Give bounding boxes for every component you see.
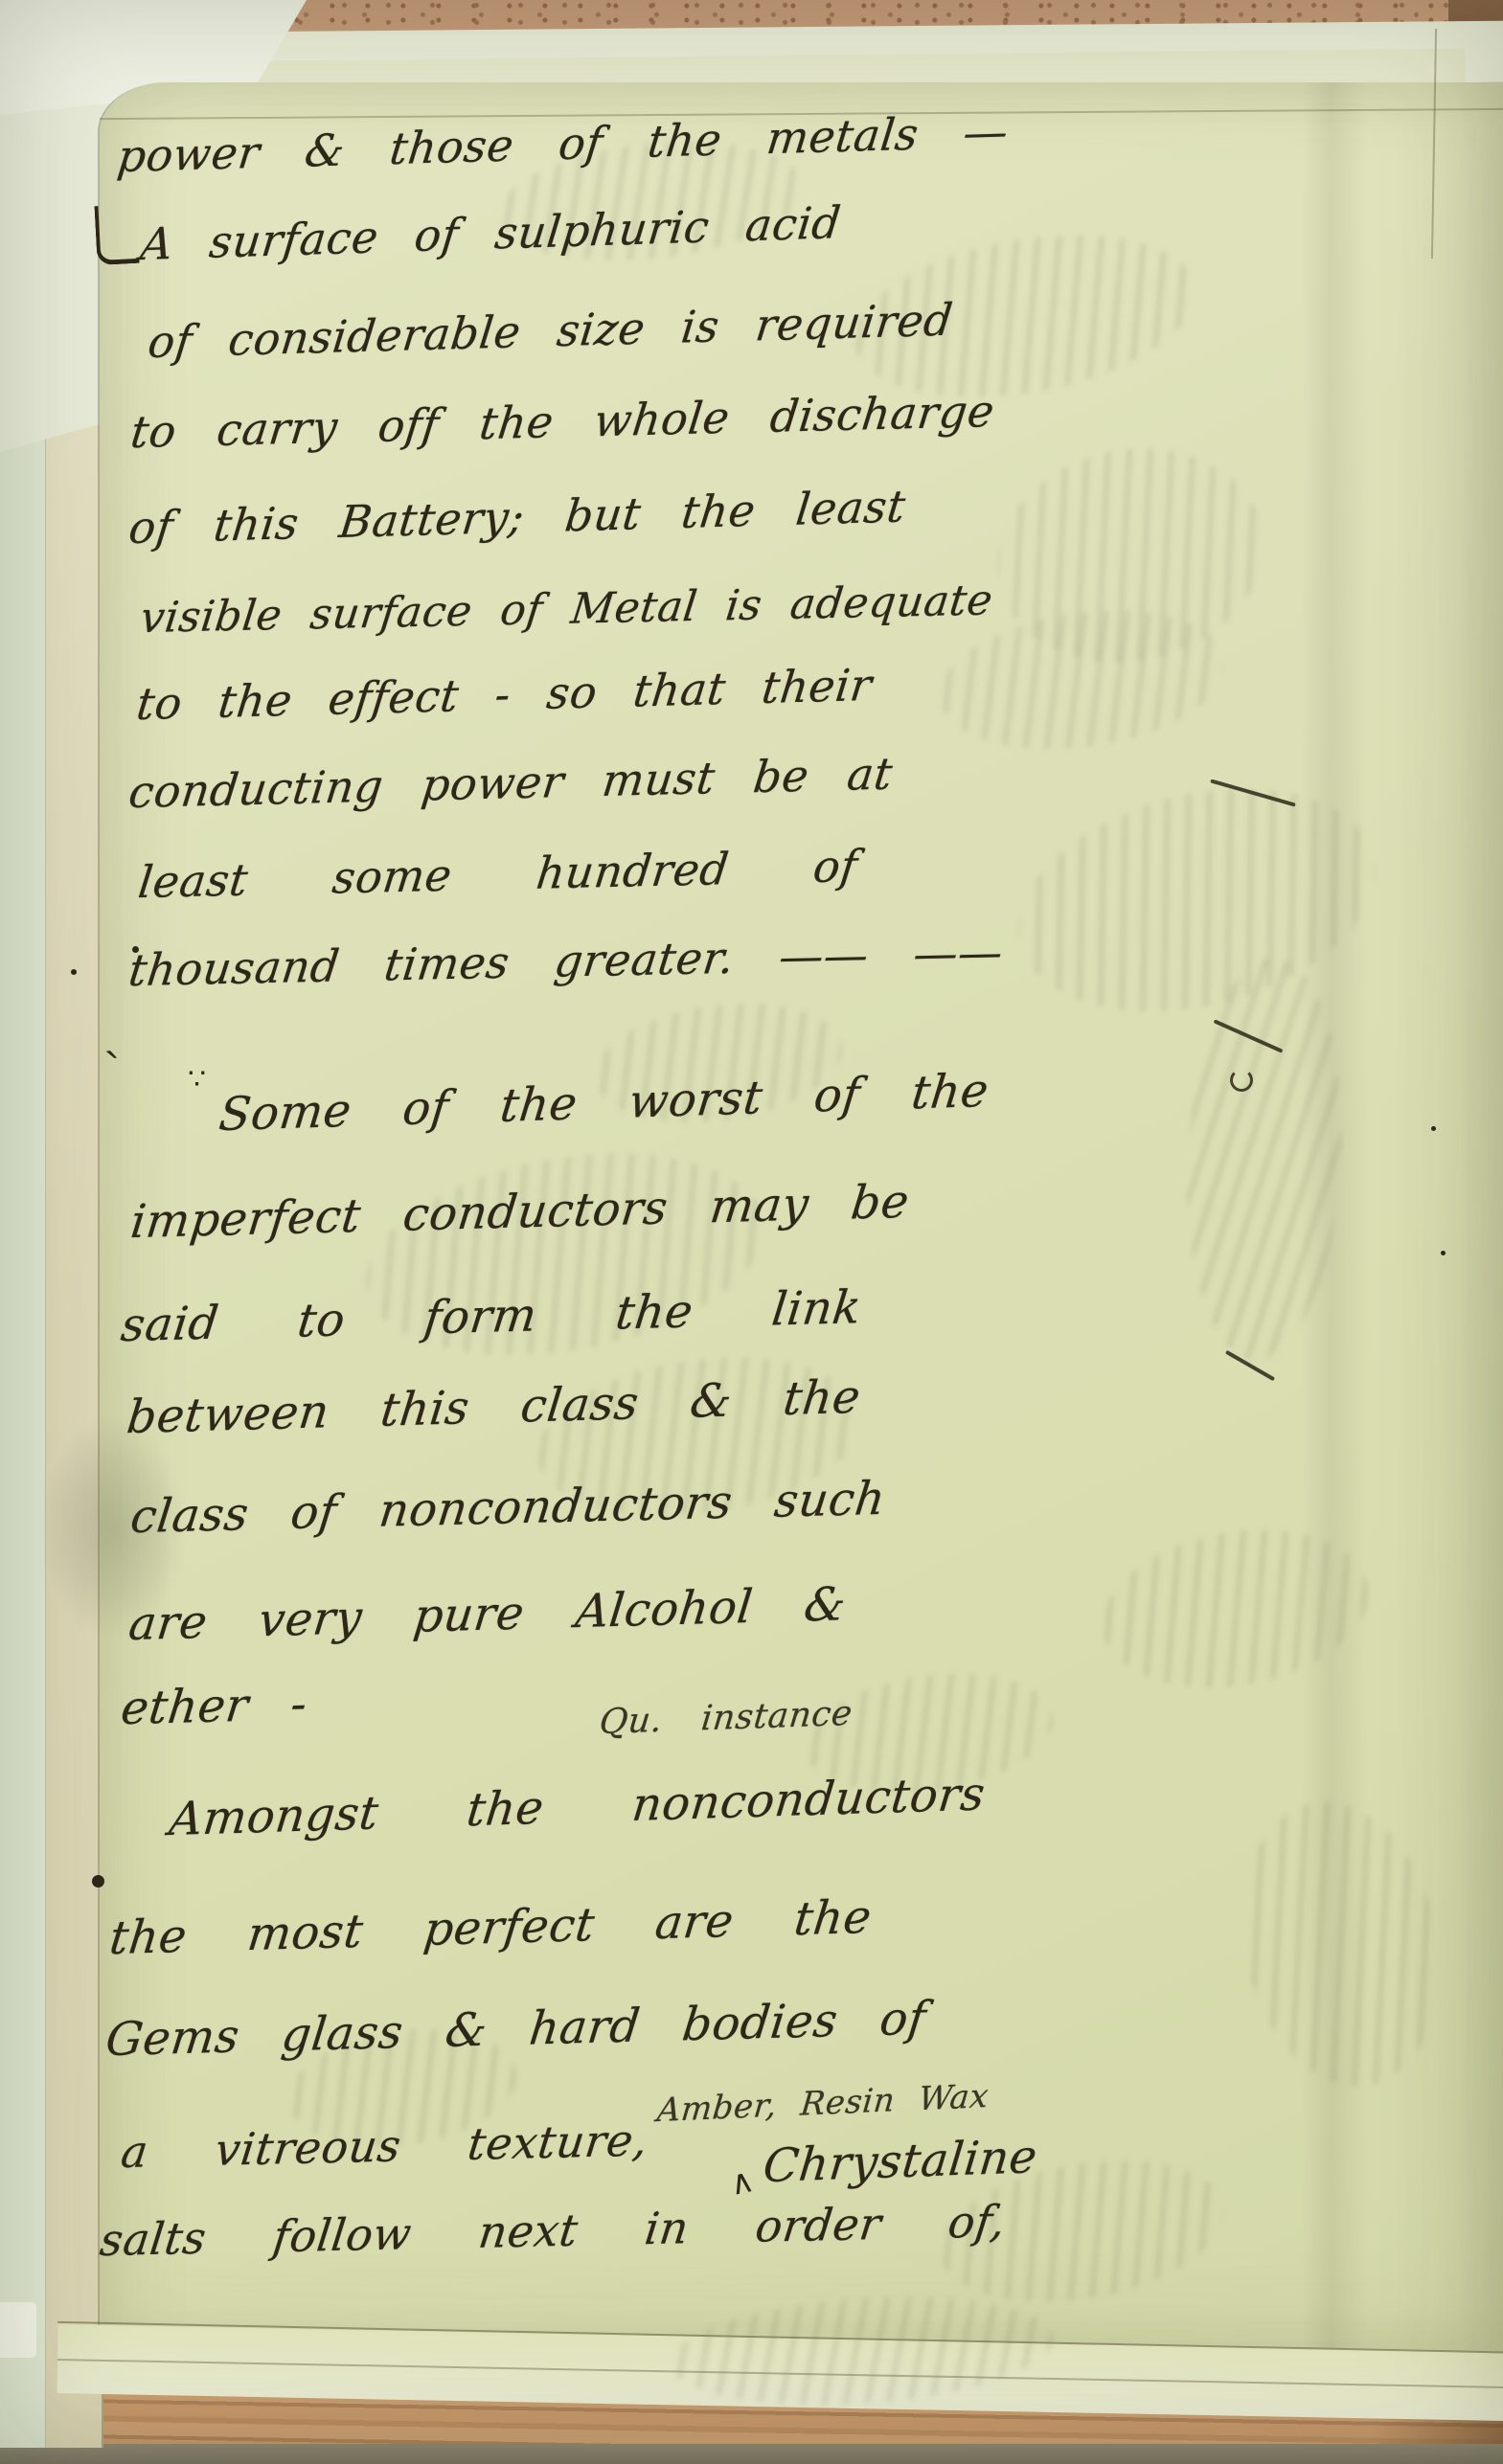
manuscript-line: ether - — [119, 1677, 310, 1735]
manuscript-line: of this Battery; but the least — [126, 480, 908, 554]
manuscript-line: A surface of sulphuric acid — [138, 196, 844, 270]
ink-speck — [71, 969, 77, 975]
ink-speck — [1431, 1126, 1436, 1131]
ink-speck — [132, 946, 139, 953]
therefore-dots-mark: ∵ — [188, 1063, 206, 1096]
manuscript-line: a vitreous texture, — [119, 2114, 651, 2179]
manuscript-line: the most perfect are the — [107, 1890, 875, 1965]
caret-insert-mark: ∧ — [726, 2161, 758, 2204]
ink-speck — [1441, 1251, 1446, 1255]
handwriting-layer: power & those of the metals —A surface o… — [0, 0, 1503, 2464]
manuscript-line: Chrystaline — [761, 2130, 1040, 2193]
manuscript-line: Gems glass & hard bodies of — [103, 1992, 929, 2068]
manuscript-line: to the effect - so that their — [134, 659, 875, 730]
manuscript-line: Amongst the nonconductors — [167, 1767, 988, 1846]
photographed-manuscript-page: power & those of the metals —A surface o… — [0, 0, 1503, 2464]
manuscript-line: conducting power must be at — [126, 748, 896, 819]
manuscript-line: to carry off the whole discharge — [128, 385, 997, 458]
manuscript-line: salts follow next in order of, — [98, 2195, 1009, 2266]
manuscript-line: Qu. instance — [598, 1694, 854, 1742]
manuscript-line: Some of the worst of the — [216, 1064, 991, 1142]
pen-tick-mark: ` — [102, 1043, 130, 1097]
manuscript-line: between this class & the — [125, 1370, 864, 1445]
manuscript-line: class of nonconductors such — [128, 1472, 889, 1544]
ink-blot — [92, 1875, 104, 1888]
manuscript-line: power & those of the metals — — [115, 105, 1012, 182]
manuscript-line: of considerable size is required — [146, 294, 956, 369]
corner-bracket-mark — [94, 204, 139, 265]
manuscript-line: Amber, Resin Wax — [655, 2077, 991, 2130]
manuscript-line: visible surface of Metal is adequate — [138, 576, 995, 643]
manuscript-line: are very pure Alcohol & — [126, 1577, 849, 1651]
manuscript-line: said to form the link — [119, 1280, 865, 1352]
manuscript-line: thousand times greater. —— —— — [126, 926, 1007, 996]
manuscript-line: imperfect conductors may be — [128, 1175, 912, 1249]
manuscript-line: least some hundred of — [136, 840, 861, 908]
